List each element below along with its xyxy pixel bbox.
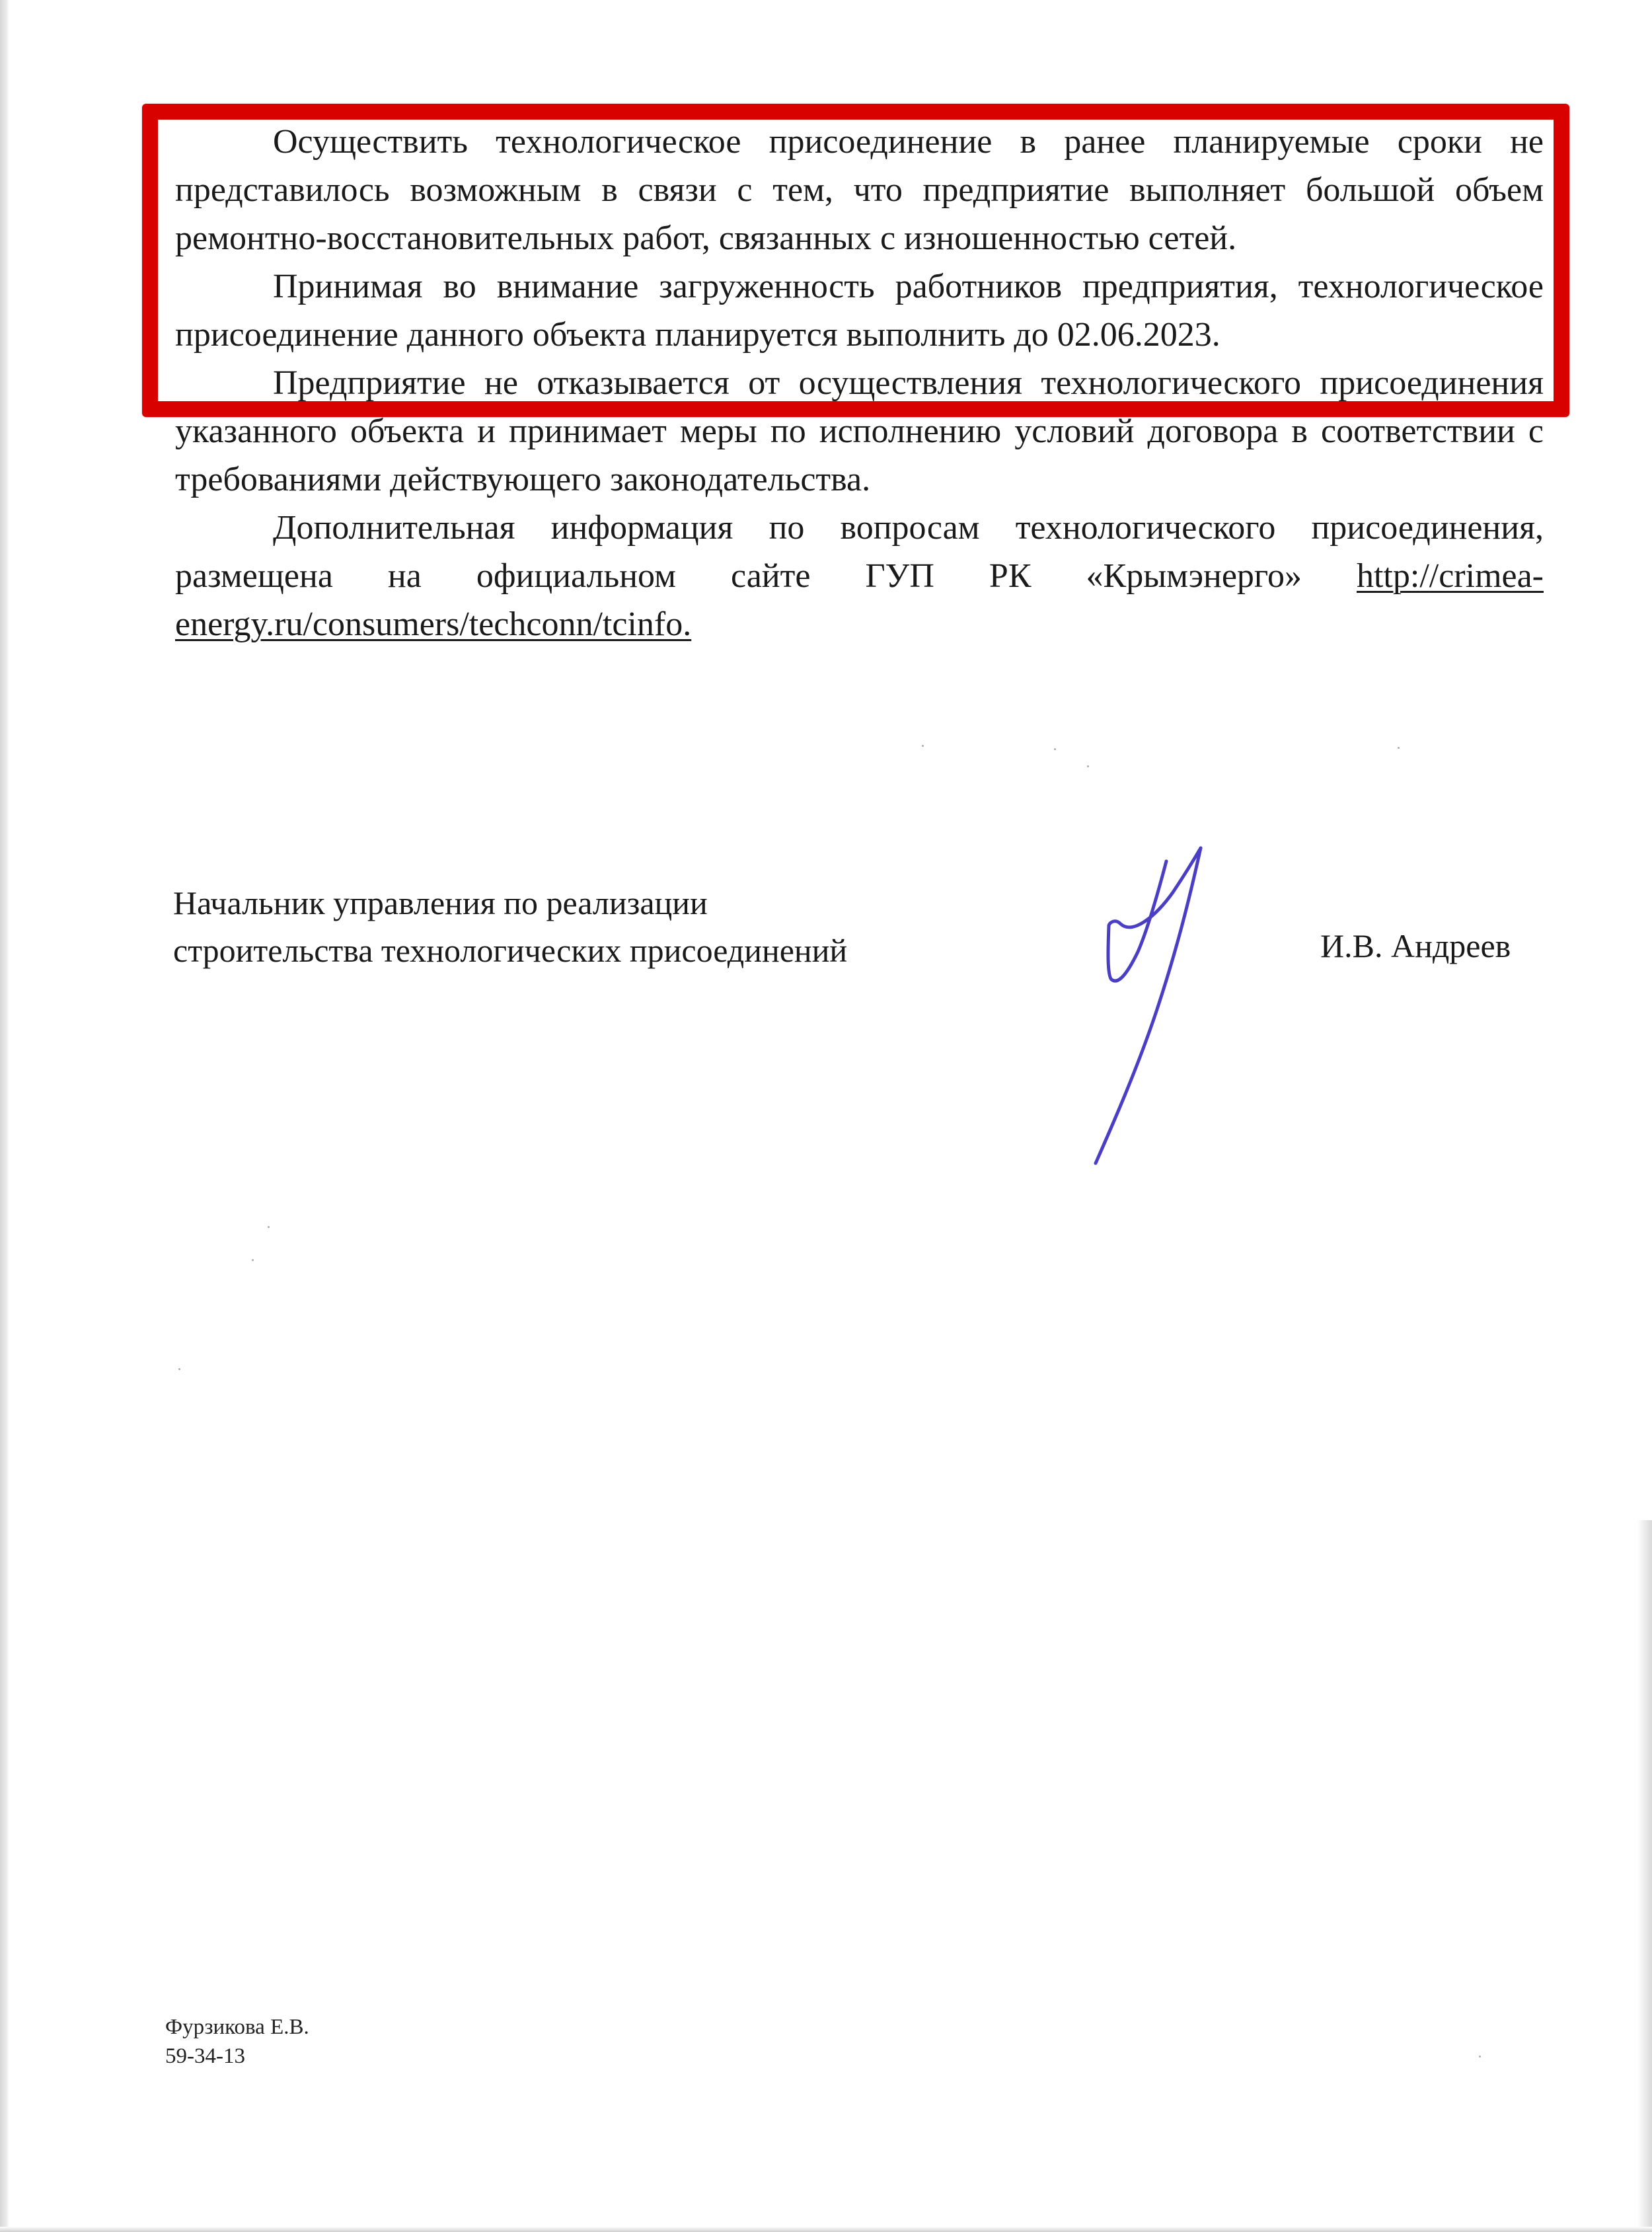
scan-speck — [1054, 748, 1056, 750]
additional-info-text: Дополнительная информация по вопросам те… — [175, 509, 1544, 595]
highlight-box — [142, 104, 1569, 417]
paragraph-additional-info: Дополнительная информация по вопросам те… — [175, 504, 1544, 648]
signer-name: И.В. Андреев — [1320, 927, 1511, 965]
scan-speck — [268, 1226, 270, 1228]
executor-name: Фурзикова Е.В. — [165, 2013, 309, 2042]
executor-phone: 59-34-13 — [165, 2042, 309, 2071]
scan-bottom-edge — [0, 2227, 1652, 2232]
handwritten-signature-icon — [1057, 826, 1256, 1183]
scan-speck — [252, 1259, 254, 1261]
scan-left-edge — [0, 0, 9, 2232]
scan-speck — [1479, 2056, 1481, 2058]
scan-right-edge — [1637, 1520, 1652, 2232]
scan-speck — [178, 1368, 180, 1370]
scan-speck — [1087, 765, 1089, 767]
scan-speck — [1398, 747, 1400, 749]
signer-position-line2: строительства технологических присоедине… — [173, 927, 847, 974]
executor-footer: Фурзикова Е.В. 59-34-13 — [165, 2013, 309, 2071]
scan-speck — [922, 745, 924, 747]
signer-position-line1: Начальник управления по реализации — [173, 879, 847, 927]
signer-position: Начальник управления по реализации строи… — [173, 879, 847, 974]
